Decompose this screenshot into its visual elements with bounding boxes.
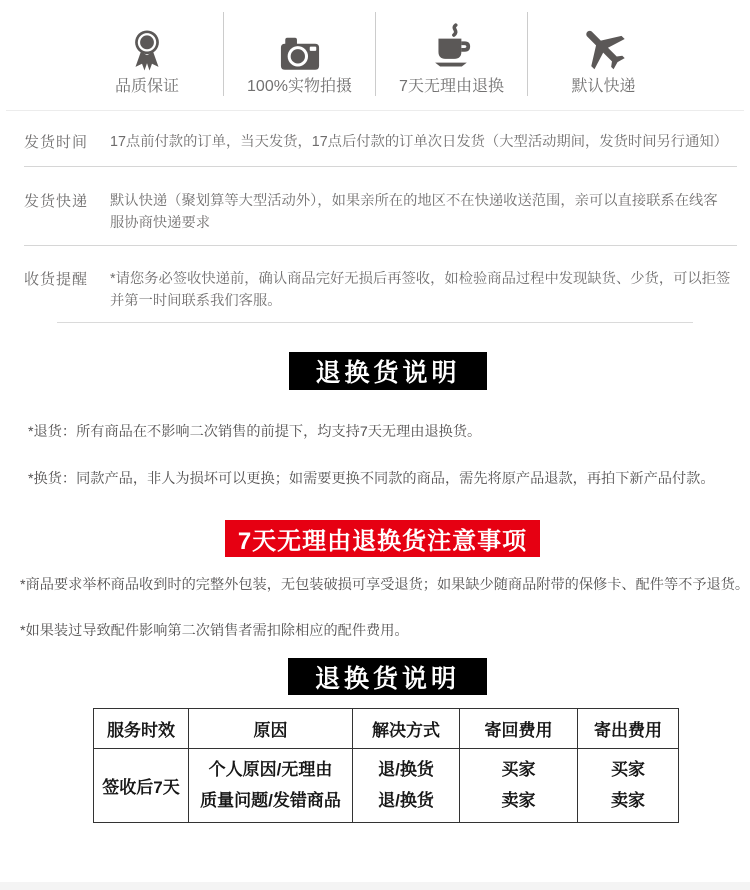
accessory-fee-notice-text: *如果装过导致配件影响第二次销售者需扣除相应的配件费用。: [20, 623, 409, 640]
reason-line: 质量问题/发错商品: [189, 791, 352, 811]
notice-banner: 7天无理由退换货注意事项: [225, 520, 540, 557]
feature-quality: 品质保证: [71, 12, 223, 96]
send-fee-line: 卖家: [578, 791, 678, 811]
feature-label: 品质保证: [115, 78, 179, 96]
send-fee-line: 买家: [578, 760, 678, 780]
exchange-policy-text: *换货：同款产品，非人为损坏可以更换；如需要更换不同款的商品，需先将原产品退款，…: [28, 471, 715, 488]
return-policy-banner-2: 退换货说明: [288, 658, 487, 695]
row-content: 默认快递（聚划算等大型活动外），如果亲所在的地区不在快递收送范围，亲可以直接联系…: [110, 190, 730, 234]
feature-label: 100%实物拍摄: [247, 78, 352, 96]
solution-line: 退/换货: [353, 760, 459, 780]
col-header-solution: 解决方式: [353, 709, 460, 749]
bottom-strip: [0, 882, 750, 890]
divider: [6, 110, 744, 111]
return-policy-banner: 退换货说明: [289, 352, 487, 390]
row-label: 收货提醒: [24, 268, 88, 289]
cell-service-time: 签收后7天: [94, 749, 189, 823]
return-policy-table: 服务时效 原因 解决方式 寄回费用 寄出费用 签收后7天 个人原因/无理由 质量…: [93, 708, 678, 823]
col-header-return-fee: 寄回费用: [460, 709, 578, 749]
table-header-row: 服务时效 原因 解决方式 寄回费用 寄出费用: [94, 709, 679, 749]
feature-default-express: 默认快递: [527, 12, 679, 96]
reason-line: 个人原因/无理由: [189, 760, 352, 780]
solution-line: 退/换货: [353, 791, 459, 811]
row-label: 发货时间: [24, 131, 88, 152]
coffee-cup-icon: [427, 12, 477, 74]
table-body-row: 签收后7天 个人原因/无理由 质量问题/发错商品 退/换货 退/换货 买家 卖家: [94, 749, 679, 823]
packaging-notice-text: *商品要求举杯商品收到时的完整外包装，无包装破损可享受退货；如果缺少随商品附带的…: [20, 577, 749, 594]
cell-solution: 退/换货 退/换货: [353, 749, 460, 823]
return-policy-text: *退货：所有商品在不影响二次销售的前提下，均支持7天无理由退换货。: [28, 424, 481, 441]
return-fee-line: 卖家: [460, 791, 577, 811]
product-service-page: 品质保证 100%实物拍摄 7天: [0, 0, 750, 890]
row-content: 17点前付款的订单，当天发货，17点后付款的订单次日发货（大型活动期间，发货时间…: [110, 131, 743, 153]
col-header-service-time: 服务时效: [94, 709, 189, 749]
row-content: *请您务必签收快递前，确认商品完好无损后再签收，如检验商品过程中发现缺货、少货，…: [110, 268, 734, 312]
cell-send-fee: 买家 卖家: [578, 749, 679, 823]
divider: [24, 245, 737, 246]
divider: [57, 322, 693, 323]
return-fee-line: 买家: [460, 760, 577, 780]
features-bar: 品质保证 100%实物拍摄 7天: [0, 12, 750, 96]
medal-icon: [124, 12, 170, 74]
feature-real-photos: 100%实物拍摄: [223, 12, 375, 96]
row-label: 发货快递: [24, 190, 88, 211]
camera-icon: [274, 12, 326, 74]
divider: [24, 166, 737, 167]
cell-return-fee: 买家 卖家: [460, 749, 578, 823]
cell-reason: 个人原因/无理由 质量问题/发错商品: [189, 749, 353, 823]
col-header-send-fee: 寄出费用: [578, 709, 679, 749]
feature-label: 默认快递: [571, 78, 635, 96]
airplane-icon: [577, 12, 631, 74]
col-header-reason: 原因: [189, 709, 353, 749]
feature-7day-return: 7天无理由退换: [375, 12, 527, 96]
feature-label: 7天无理由退换: [399, 78, 504, 96]
